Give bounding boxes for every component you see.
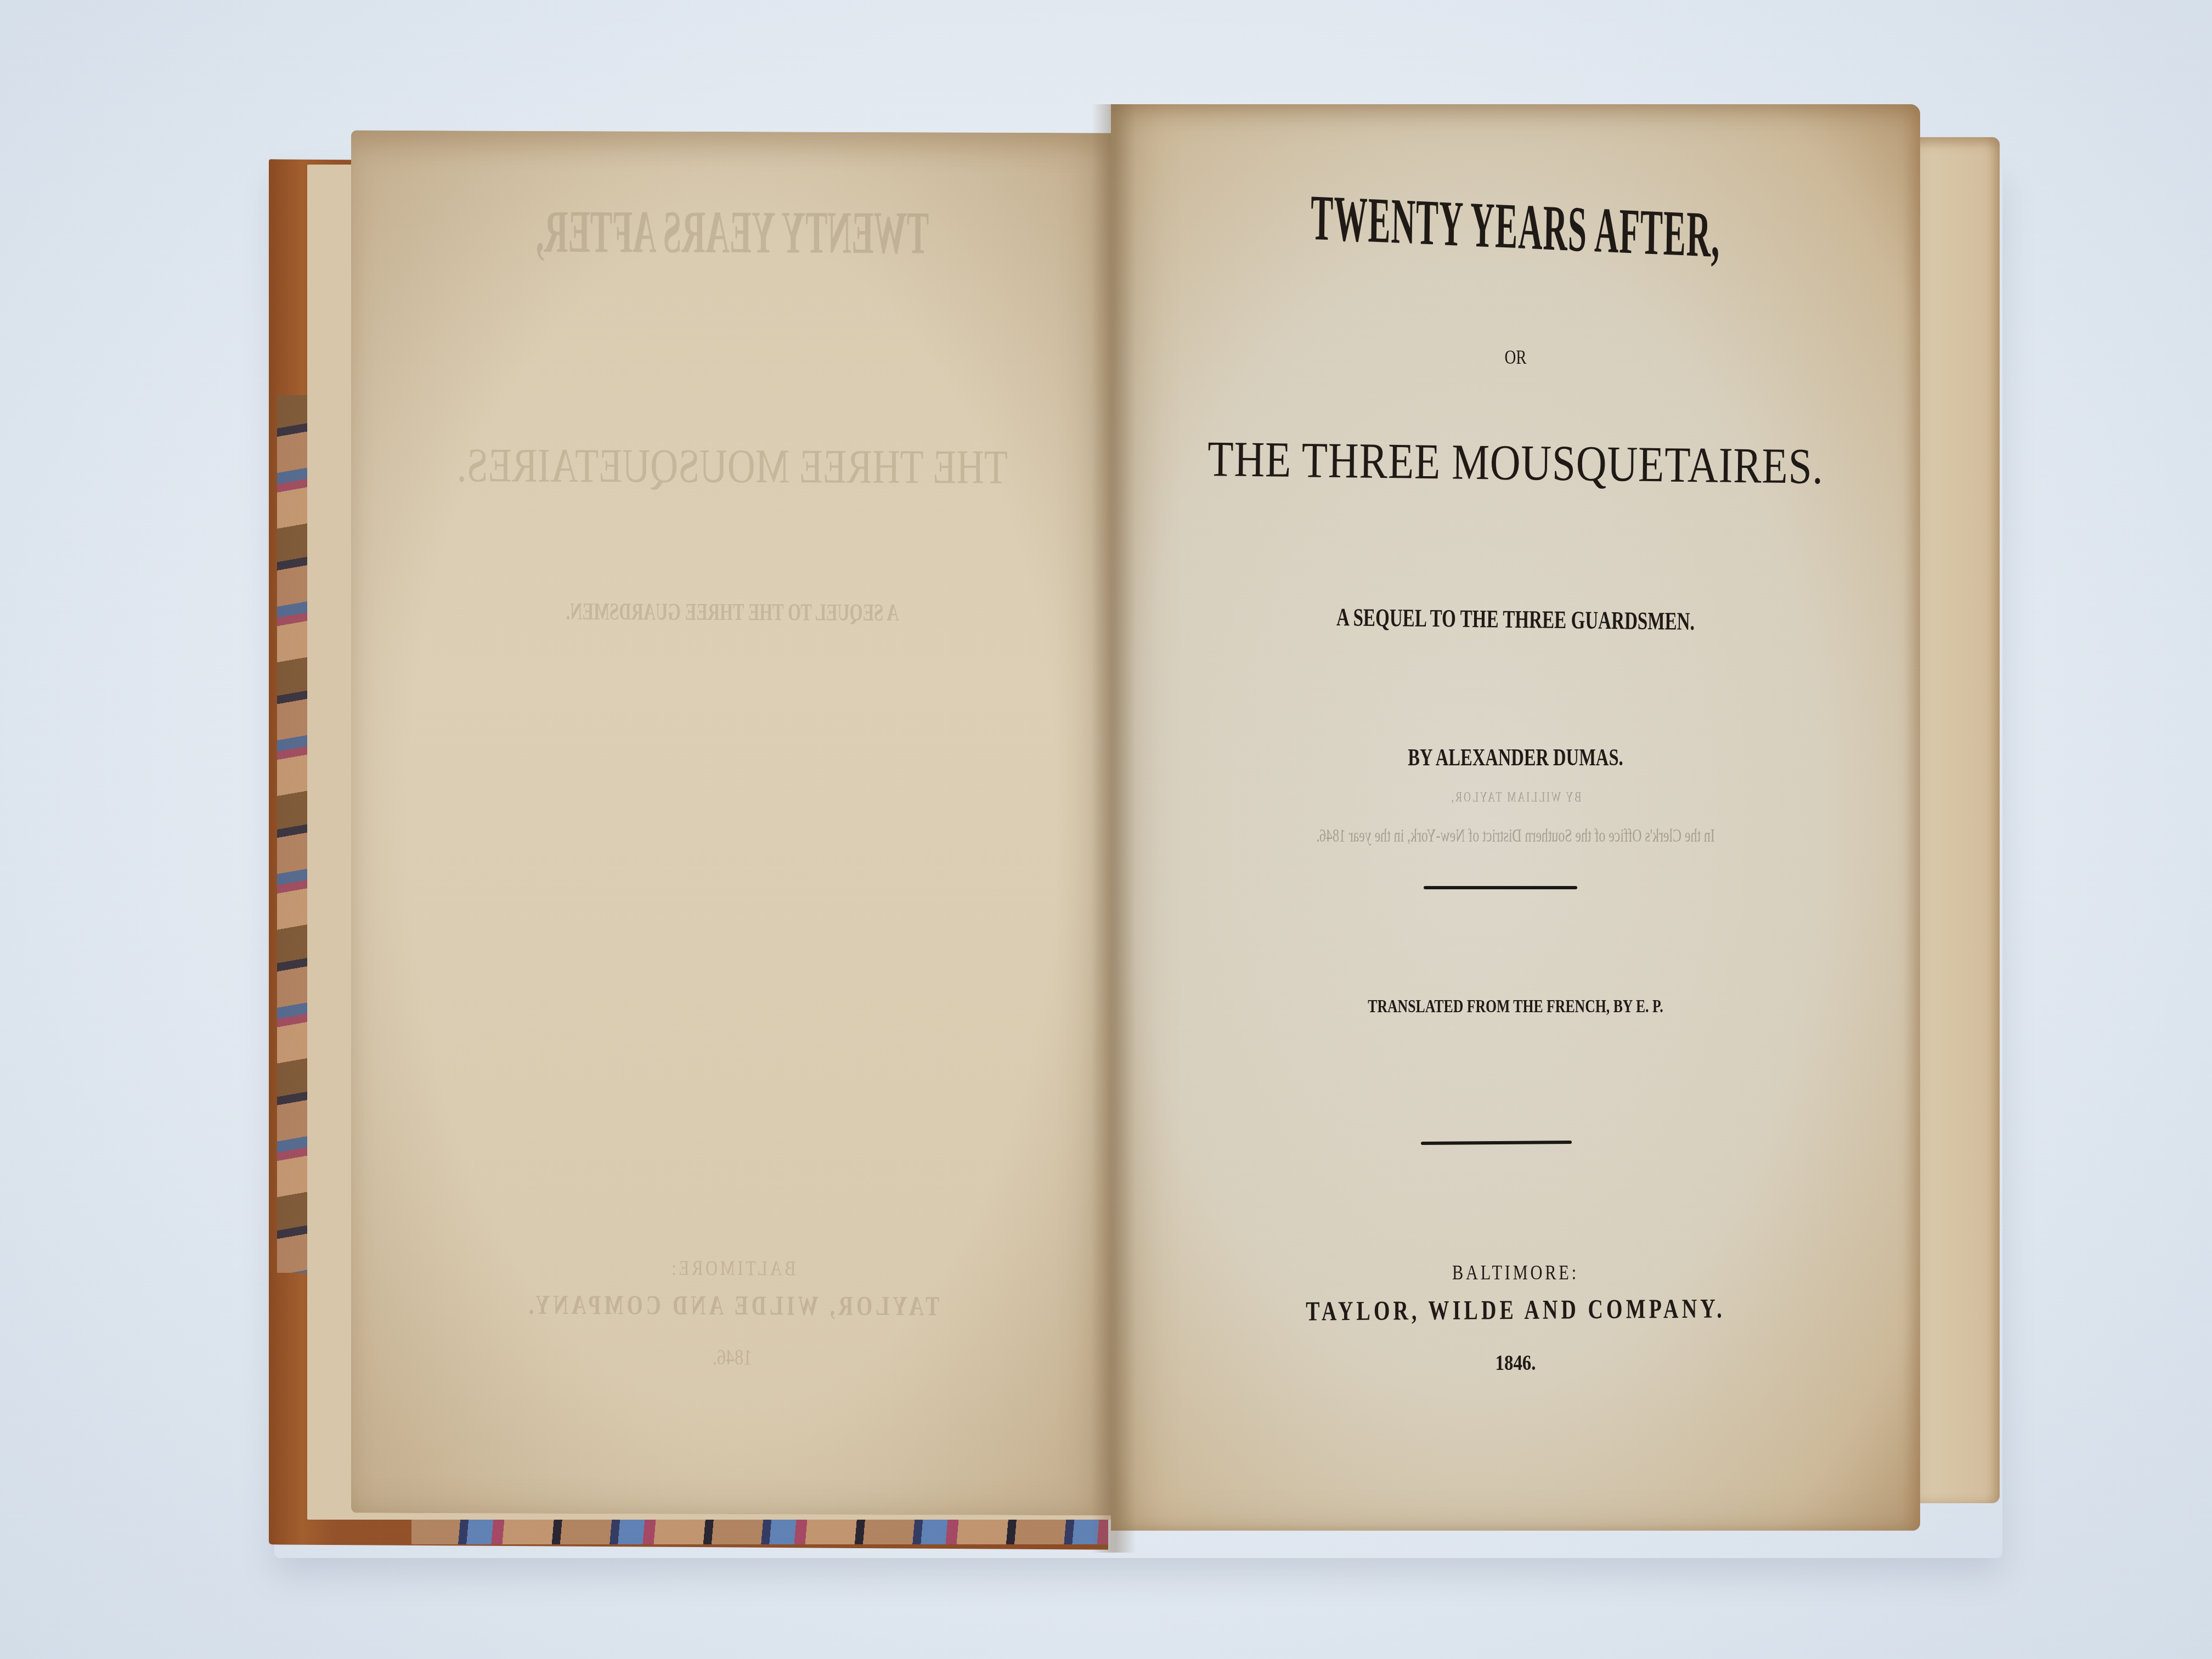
imprint-city: BALTIMORE: (1192, 1261, 1839, 1285)
left-ghost-sequel: A SEQUEL TO THE THREE GUARDSMEN. (466, 597, 1000, 627)
translator-line: TRANSLATED FROM THE FRENCH, BY E. P. (1200, 997, 1831, 1017)
decorative-rule-1 (1424, 886, 1577, 889)
left-ghost-title: TWENTY YEARS AFTER, (523, 197, 943, 268)
book-gutter (1092, 104, 1136, 1553)
title-conjunction: OR (1192, 346, 1839, 369)
showthrough-copyright-notice: In the Clerk's Office of the Southern Di… (1232, 826, 1799, 847)
left-ghost-city: BALTIMORE: (427, 1255, 1037, 1282)
left-ghost-subtitle: THE THREE MOUSQUETAIRES. (427, 438, 1037, 495)
imprint-publisher: TAYLOR, WILDE AND COMPANY. (1208, 1291, 1823, 1328)
author-line: BY ALEXANDER DUMAS. (1216, 743, 1815, 771)
title-page: TWENTY YEARS AFTER, OR THE THREE MOUSQUE… (1111, 104, 1920, 1531)
left-ghost-year: 1846. (427, 1343, 1037, 1371)
book-subtitle: THE THREE MOUSQUETAIRES. (1176, 429, 1856, 495)
book-title: TWENTY YEARS AFTER, (1305, 180, 1726, 273)
left-page: TWENTY YEARS AFTER, THE THREE MOUSQUETAI… (351, 131, 1114, 1516)
sequel-line: A SEQUEL TO THE THREE GUARDSMEN. (1224, 601, 1807, 637)
imprint-year: 1846. (1184, 1350, 1848, 1375)
marbled-board-edge (277, 395, 310, 1273)
left-ghost-publisher: TAYLOR, WILDE AND COMPANY. (447, 1288, 1019, 1322)
decorative-rule-2 (1421, 1141, 1572, 1145)
showthrough-copyright-name: BY WILLIAM TAYLOR, (1232, 789, 1799, 805)
